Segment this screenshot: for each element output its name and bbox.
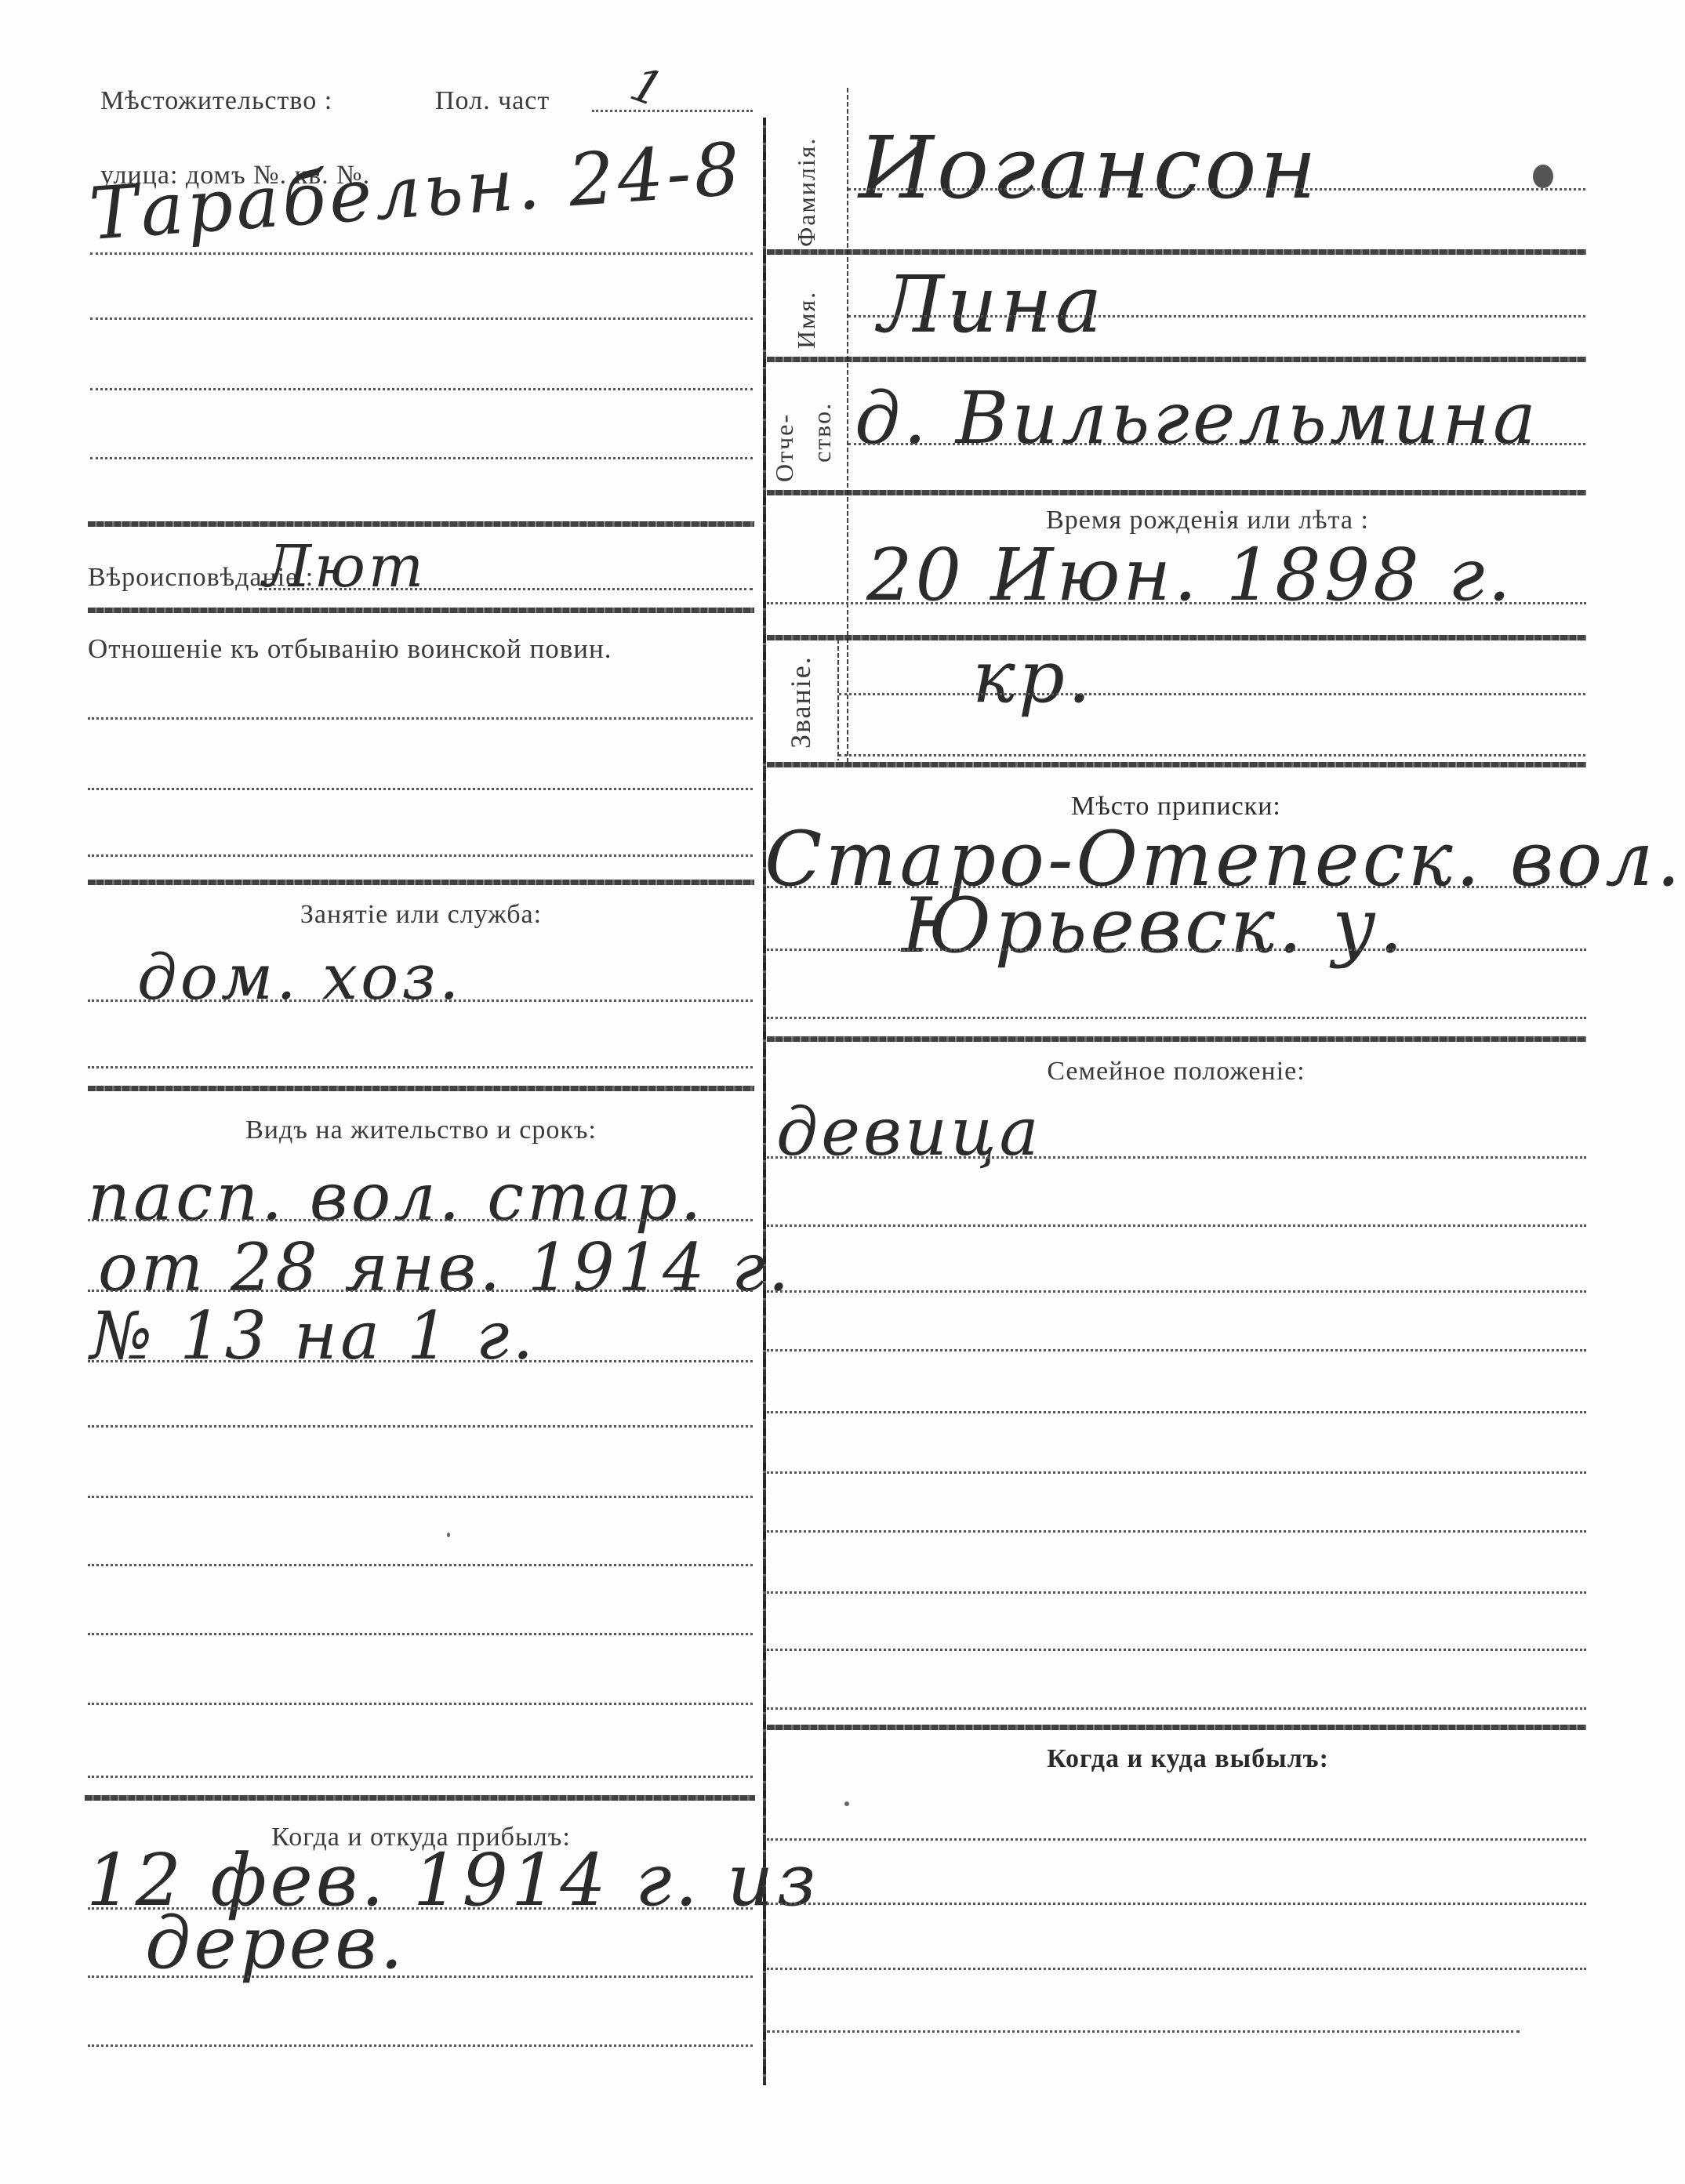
marital-line-9 xyxy=(767,1649,1586,1651)
scan-speck xyxy=(447,1533,450,1537)
residence-line-3 xyxy=(90,388,753,390)
surname-value: Иогансон xyxy=(859,118,1320,218)
section-rule xyxy=(88,521,754,527)
religion-value: Лют xyxy=(263,533,427,600)
permit-line-7 xyxy=(88,1633,753,1635)
residence-permit-label: Видъ на жительство и срокъ: xyxy=(245,1116,597,1145)
section-rule xyxy=(767,1036,1586,1042)
permit-line-5 xyxy=(88,1496,753,1498)
section-rule xyxy=(88,880,754,885)
marital-line-4 xyxy=(767,1349,1586,1351)
marital-line-8 xyxy=(767,1591,1586,1594)
section-rule xyxy=(767,1725,1586,1730)
marital-line-10 xyxy=(767,1707,1586,1710)
departure-line-4 xyxy=(767,2030,1520,2033)
section-rule xyxy=(767,357,1586,362)
residence-permit-line-3: № 13 на 1 г. xyxy=(90,1297,536,1374)
rank-label-divider xyxy=(837,639,839,760)
permit-line-8 xyxy=(88,1703,753,1705)
residence-permit-line-2: от 28 янв. 1914 г. xyxy=(98,1229,792,1306)
residence-permit-line-1: пасп. вол. стар. xyxy=(88,1159,704,1235)
marital-status-value: девица xyxy=(776,1094,1042,1170)
scan-speck xyxy=(844,1801,849,1806)
marital-line-1 xyxy=(767,1156,1586,1159)
occupation-label: Занятіе или служба: xyxy=(300,900,542,930)
street-value: Тарабельн. 24-8 xyxy=(87,127,746,256)
first-name-label: Имя. xyxy=(792,291,821,349)
departure-line-2 xyxy=(767,1903,1586,1905)
permit-line-6 xyxy=(88,1564,753,1566)
marital-line-3 xyxy=(767,1290,1586,1293)
surname-line xyxy=(848,188,1585,190)
arrival-dotted-3 xyxy=(88,2044,753,2047)
residence-line-2 xyxy=(90,317,753,320)
section-rule xyxy=(767,635,1586,640)
permit-line-4 xyxy=(88,1425,753,1428)
permit-line-3 xyxy=(88,1360,753,1362)
occupation-value: дом. хоз. xyxy=(137,941,462,1014)
departure-label: Когда и куда выбылъ: xyxy=(1047,1744,1329,1774)
rank-label: Званіе. xyxy=(784,655,817,749)
registration-dotted-2 xyxy=(767,949,1586,951)
patronymic-label-2: ство. xyxy=(808,402,837,463)
birth-label: Время рожденія или лѣта : xyxy=(1046,506,1369,535)
police-part-line xyxy=(592,110,753,112)
occupation-line-1 xyxy=(88,999,753,1002)
patronymic-value: д. Вильгельмина xyxy=(855,376,1539,460)
marital-line-7 xyxy=(767,1530,1586,1533)
military-service-label: Отношеніе къ отбыванію воинской повин. xyxy=(88,633,612,665)
permit-line-1 xyxy=(88,1219,753,1221)
registration-dotted-3 xyxy=(767,1017,1586,1019)
main-column-divider xyxy=(763,118,766,2085)
arrival-dotted-2 xyxy=(88,1975,753,1978)
marital-line-6 xyxy=(767,1471,1586,1474)
patronymic-line xyxy=(848,443,1585,445)
patronymic-label-1: Отче- xyxy=(770,413,799,482)
military-line-2 xyxy=(88,788,753,790)
rank-line-2 xyxy=(839,754,1585,756)
marital-line-5 xyxy=(767,1411,1586,1413)
first-name-value: Лина xyxy=(878,259,1105,350)
section-rule xyxy=(85,1795,755,1801)
marital-status-label: Семейное положеніе: xyxy=(1047,1057,1305,1087)
permit-line-2 xyxy=(88,1290,753,1292)
surname-label: Фамилія. xyxy=(792,137,821,247)
rank-line-1 xyxy=(839,693,1585,695)
residence-line-4 xyxy=(90,457,753,459)
religion-line xyxy=(259,588,753,590)
military-line-3 xyxy=(88,854,753,857)
residence-label: Мѣстожительство : xyxy=(100,86,332,116)
military-line-1 xyxy=(88,717,753,720)
section-rule xyxy=(767,762,1586,767)
registration-card: Мѣстожительство : Пол. част 1 улица: дом… xyxy=(0,0,1685,2184)
scan-speck xyxy=(1533,165,1553,188)
section-rule xyxy=(767,249,1586,255)
birth-line xyxy=(767,602,1586,604)
occupation-line-2 xyxy=(88,1066,753,1068)
rank-value: кр. xyxy=(972,635,1094,719)
marital-line-2 xyxy=(767,1224,1586,1227)
arrival-line-2: дерев. xyxy=(145,1901,406,1985)
street-line xyxy=(90,252,753,255)
first-name-line xyxy=(848,315,1585,317)
section-rule xyxy=(88,608,754,613)
section-rule xyxy=(767,490,1586,495)
police-part-label: Пол. част xyxy=(435,86,550,116)
departure-line-1 xyxy=(767,1838,1586,1841)
section-rule xyxy=(88,1086,754,1091)
permit-line-9 xyxy=(88,1776,753,1778)
registration-place-line-2: Юрьевск. у. xyxy=(902,882,1406,970)
departure-line-3 xyxy=(767,1968,1586,1970)
